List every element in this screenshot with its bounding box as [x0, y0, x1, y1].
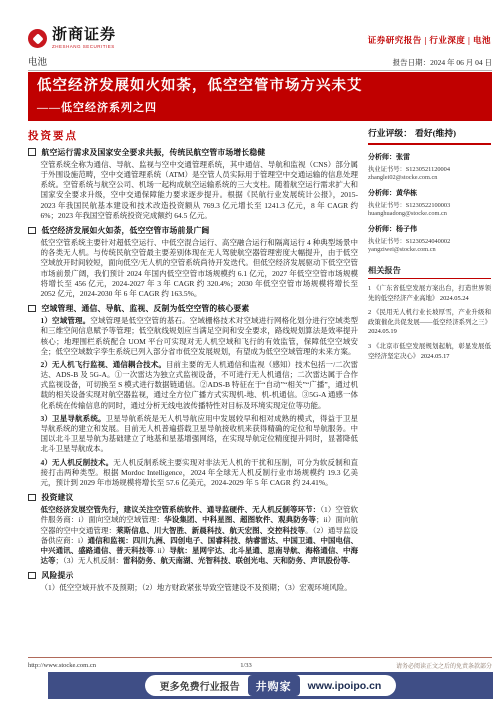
industry-rating: 行业评级： 看好(维持)	[368, 126, 491, 145]
report-page: 浙商证券 ZHESHANG SECURITIES 证券研究报告 | 行业深度 |…	[0, 0, 496, 701]
page-number: 1/33	[240, 662, 252, 669]
promo-badge[interactable]: 井购家	[248, 675, 300, 696]
bullet-body: 低空空管系统主要针对超低空运行、中低空混合运行、高空融合运行和隔离运行 4 种典…	[41, 238, 359, 299]
analyst-name: 分析师：杨子伟	[368, 224, 491, 234]
brand-name: 浙商证券	[52, 28, 116, 43]
bullets: 航空运行需求及国家安全要求共振，传统民航空管市场增长稳健空管系统全称为通信、导航…	[28, 147, 358, 594]
header: 浙商证券 ZHESHANG SECURITIES 证券研究报告 | 行业深度 |…	[28, 28, 491, 50]
bullet-item: 低空经济发展如火如荼，低空空管市场前景广阔低空空管系统主要针对超低空运行、中低空…	[28, 225, 358, 299]
analyst-cert-number: 执业证书号：S1230522100003	[368, 200, 491, 209]
bullet-paragraph: 低空空管系统主要针对超低空运行、中低空混合运行、高空融合运行和隔离运行 4 种典…	[41, 238, 359, 299]
bullet-paragraph: （1）低空空域开放不及预期；（2）地方财政紧张导致空管建设不及预期；（3）宏观环…	[41, 583, 359, 593]
bullet-title: 航空运行需求及国家安全要求共振，传统民航空管市场增长稳健	[42, 147, 266, 158]
zheshang-logo-icon	[28, 29, 47, 48]
rating-label: 行业评级：	[368, 126, 412, 139]
bullet-paragraph: 4）无人机反制技术。无人机反制系统主要实现对非法无人机的干扰和压制，可分为软反制…	[41, 458, 359, 489]
bullet-item: 投资建议低空经济发展空管先行，建议关注空管系统软件、通导监硬件、无人机反制等环节…	[28, 492, 358, 566]
bullet-item: 空域管理、通信、导航、监视、反制为低空空管的核心要素1）空域管理。空域管理是低空…	[28, 303, 358, 488]
bullet-square-icon	[28, 494, 36, 502]
related-reports-title: 相关报告	[368, 265, 491, 279]
analyst-block: 分析师：杨子伟执业证书号：S1230524040002yangziwei@sto…	[368, 224, 491, 253]
analyst-cert-number: 执业证书号：S1230524040002	[368, 236, 491, 245]
promo-bar: 更多免费行业报告 井购家 www.ipoipo.cn	[48, 672, 493, 699]
related-report-item[interactable]: 2 《民用无人机行业长坡厚雪，产业升级和政策催化共促发展——低空经济系列之三》 …	[368, 308, 491, 337]
report-date: 报告日期：2024 年 06 月 04 日	[393, 57, 492, 68]
analyst-email: yangziwei@stocke.com.cn	[368, 246, 491, 253]
footer: http://www.stocke.com.cn 1/33 请务必阅读正文之后的…	[0, 657, 496, 670]
promo-text: 更多免费行业报告	[160, 678, 240, 693]
bullet-title: 空域管理、通信、导航、监视、反制为低空空管的核心要素	[42, 303, 250, 314]
bullet-body: 1）空域管理。空域管理是低空空管的基石。空域栅格技术对空域进行网格化划分进行空域…	[41, 316, 359, 488]
bullet-head: 航空运行需求及国家安全要求共振，传统民航空管市场增长稳健	[28, 147, 358, 158]
related-reports: 1 《广东省低空发展方案出台，打造世界领先的低空经济产业高地》 2024.05.…	[368, 284, 491, 361]
report-type-breadcrumb: 证券研究报告 | 行业深度 | 电池	[368, 34, 491, 46]
promo-site-link[interactable]: www.ipoipo.cn	[308, 680, 382, 692]
bullet-title: 风险提示	[42, 570, 74, 581]
bullet-item: 航空运行需求及国家安全要求共振，传统民航空管市场增长稳健空管系统全称为通信、导航…	[28, 147, 358, 221]
content: 投资要点 航空运行需求及国家安全要求共振，传统民航空管市场增长稳健空管系统全称为…	[28, 126, 491, 597]
industry-row: 电池 报告日期：2024 年 06 月 04 日	[28, 54, 492, 71]
bullet-title: 低空经济发展如火如荼，低空空管市场前景广阔	[42, 225, 210, 236]
related-report-item[interactable]: 3 《北京市低空发展规划起航，彰显发展低空经济坚定决心》 2024.05.17	[368, 342, 491, 361]
footer-disclaimer: 请务必阅读正文之后的免责条款部分	[396, 661, 492, 670]
report-subtitle: ——低空经济系列之四	[37, 99, 482, 115]
related-report-item[interactable]: 1 《广东省低空发展方案出台，打造世界领先的低空经济产业高地》 2024.05.…	[368, 284, 491, 303]
bullet-paragraph: 低空经济发展空管先行，建议关注空管系统软件、通导监硬件、无人机反制等环节：（1）…	[41, 505, 359, 566]
bullet-body: 空管系统全称为通信、导航、监视与空中交通管理系统，其中通信、导航和监视（CNS）…	[41, 160, 359, 221]
bullet-paragraph: 3）卫星导航系统。卫星导航系统是无人机导航应用中发展较早和相对成熟的模式，得益于…	[41, 414, 359, 455]
report-title: 低空经济发展如火如荼，低空空管市场方兴未艾	[37, 78, 482, 95]
bullet-square-icon	[28, 305, 36, 313]
analyst-block: 分析师：张雷执业证书号：S1230521120004zhanglei02@sto…	[368, 152, 491, 181]
bullet-head: 空域管理、通信、导航、监视、反制为低空空管的核心要素	[28, 303, 358, 314]
footer-url-link[interactable]: http://www.stocke.com.cn	[28, 662, 96, 669]
analyst-cert-number: 执业证书号：S1230521120004	[368, 164, 491, 173]
industry-label: 电池	[28, 54, 47, 68]
bullet-square-icon	[28, 148, 36, 156]
title-banner: 低空经济发展如火如荼，低空空管市场方兴未艾 ——低空经济系列之四	[28, 72, 492, 121]
bullet-square-icon	[28, 227, 36, 235]
bullet-paragraph: 2）无人机飞行监视、通信耦合技术。目前主要的无人机通信和监视（感知）技术包括一/…	[41, 360, 359, 411]
brand-subtitle: ZHESHANG SECURITIES	[52, 45, 116, 50]
bullet-paragraph: 1）空域管理。空域管理是低空空管的基石。空域栅格技术对空域进行网格化划分进行空域…	[41, 316, 359, 357]
analyst-name: 分析师：黄华栋	[368, 188, 491, 198]
bullet-title: 投资建议	[42, 492, 74, 503]
bullet-square-icon	[28, 572, 36, 580]
bullet-head: 投资建议	[28, 492, 358, 503]
bullet-head: 低空经济发展如火如荼，低空空管市场前景广阔	[28, 225, 358, 236]
bullet-head: 风险提示	[28, 570, 358, 581]
bullet-body: 低空经济发展空管先行，建议关注空管系统软件、通导监硬件、无人机反制等环节：（1）…	[41, 505, 359, 566]
brand-logo: 浙商证券 ZHESHANG SECURITIES	[28, 28, 116, 50]
investment-points-column: 投资要点 航空运行需求及国家安全要求共振，传统民航空管市场增长稳健空管系统全称为…	[28, 126, 358, 597]
bullet-item: 风险提示（1）低空空域开放不及预期；（2）地方财政紧张导致空管建设不及预期；（3…	[28, 570, 358, 593]
bullet-body: （1）低空空域开放不及预期；（2）地方财政紧张导致空管建设不及预期；（3）宏观环…	[41, 583, 359, 593]
bullet-paragraph: 空管系统全称为通信、导航、监视与空中交通管理系统，其中通信、导航和监视（CNS）…	[41, 160, 359, 221]
promo-pill: 更多免费行业报告 井购家 www.ipoipo.cn	[145, 675, 397, 696]
analyst-block: 分析师：黄华栋执业证书号：S1230522100003huanghuadong@…	[368, 188, 491, 217]
analyst-email: huanghuadong@stocke.com.cn	[368, 210, 491, 217]
analysts: 分析师：张雷执业证书号：S1230521120004zhanglei02@sto…	[368, 152, 491, 253]
section-title-investment-points: 投资要点	[28, 128, 358, 143]
analyst-name: 分析师：张雷	[368, 152, 491, 162]
sidebar-column: 行业评级： 看好(维持) 分析师：张雷执业证书号：S1230521120004z…	[368, 126, 491, 597]
analyst-email: zhanglei02@stocke.com.cn	[368, 174, 491, 181]
rating-value: 看好(维持)	[415, 126, 456, 139]
